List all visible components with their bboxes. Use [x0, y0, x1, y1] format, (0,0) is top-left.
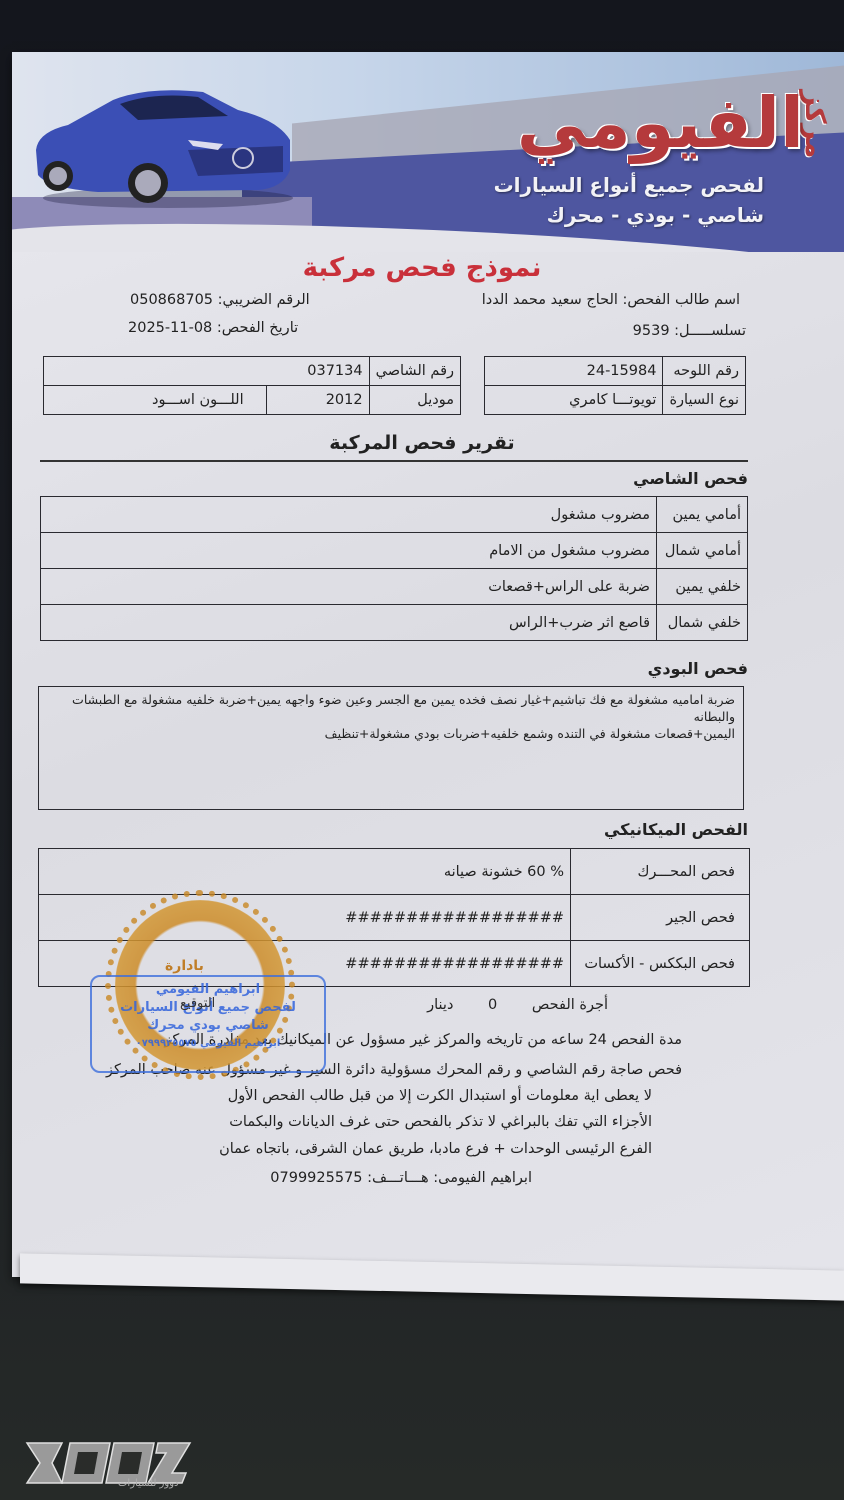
applicant-label: اسم طالب الفحص: — [623, 292, 740, 308]
contact-phone: ابراهيم الفيومى: هـــاتـــف: 0799925575 — [270, 1170, 532, 1186]
tagline-2: شاصي - بودي - محرك — [494, 200, 764, 230]
table-row: أمامي شمال مضروب مشغول من الامام — [41, 533, 748, 569]
table-row: أمامي يمين مضروب مشغول — [41, 497, 748, 533]
car-image-icon — [28, 80, 298, 210]
table-row: فحص المحـــرك % 60 خشونة صيانه — [39, 849, 750, 895]
mechanical-section-heading: الفحص الميكانيكي — [604, 820, 748, 839]
table-row: خلفي شمال قاصع اثر ضرب+الراس — [41, 605, 748, 641]
chassis-value: 037134 — [44, 357, 370, 386]
applicant-field: اسم طالب الفحص: الحاج سعيد محمد الددا — [482, 292, 740, 308]
body-inspection-notes: ضربة اماميه مشغولة مع فك تباشيم+غيار نصف… — [38, 686, 744, 810]
chassis-row-value: ضربة على الراس+قصعات — [41, 569, 657, 605]
blue-stamp: ابراهيم الفيومي لفحص جميع أنواع السيارات… — [90, 975, 326, 1073]
tax-number-field: الرقم الضريبي: 050868705 — [130, 292, 310, 308]
chassis-row-value: قاصع اثر ضرب+الراس — [41, 605, 657, 641]
gold-stamp-text: بادارة — [165, 958, 204, 974]
chassis-row-label: أمامي يمين — [657, 497, 748, 533]
chassis-row-label: أمامي شمال — [657, 533, 748, 569]
note-parts: الأجزاء التي تفك بالبراغي لا تذكر بالفحص… — [229, 1114, 652, 1130]
date-label: تاريخ الفحص: — [217, 320, 298, 336]
mech-row-label: فحص الجير — [571, 895, 750, 941]
chassis-section-heading: فحص الشاصي — [633, 469, 748, 488]
date-value: 08-11-2025 — [128, 320, 212, 336]
fee-field: أجرة الفحص 0 دينار — [427, 997, 608, 1013]
blue-stamp-line-4: ابراهيم الفيومي ٠٧٩٩٩٢٥٥٧٥ — [92, 1035, 324, 1053]
chassis-row-label: خلفي يمين — [657, 569, 748, 605]
tagline-1: لفحص جميع أنواع السيارات — [494, 170, 764, 200]
plate-value: 24-15984 — [485, 357, 663, 386]
table-row: خلفي يمين ضربة على الراس+قصعات — [41, 569, 748, 605]
color-field: اللـــون اســـود — [44, 386, 267, 415]
mech-row-value: % 60 خشونة صيانه — [39, 849, 571, 895]
chassis-row-value: مضروب مشغول — [41, 497, 657, 533]
body-section-heading: فحص البودي — [648, 659, 748, 678]
chassis-label: رقم الشاصي — [369, 357, 460, 386]
note-card: لا يعطى اية معلومات أو استبدال الكرت إلا… — [228, 1088, 652, 1104]
body-note-line-1: ضربة اماميه مشغولة مع فك تباشيم+غيار نصف… — [47, 691, 735, 725]
fee-value: 0 — [488, 997, 497, 1013]
blue-stamp-line-3: شاصي بودي محرك — [92, 1017, 324, 1035]
model-value: 2012 — [266, 386, 369, 415]
car-type-value: تويوتـــا كامري — [485, 386, 663, 415]
model-label: موديل — [369, 386, 460, 415]
mech-row-label: فحص البككس - الأكسات — [571, 941, 750, 987]
serial-field: تسلســـــل: 9539 — [633, 323, 746, 339]
brand-name: الفيومي — [517, 82, 804, 164]
divider — [40, 460, 748, 462]
applicant-value: الحاج سعيد محمد الددا — [482, 292, 618, 308]
serial-label: تسلســـــل: — [674, 323, 746, 339]
report-title: تقرير فحص المركبة — [0, 432, 844, 454]
vehicle-plate-table: رقم اللوحه 24-15984 نوع السيارة تويوتـــ… — [484, 356, 746, 415]
car-type-label: نوع السيارة — [663, 386, 746, 415]
tax-label: الرقم الضريبي: — [218, 292, 310, 308]
fee-label: أجرة الفحص — [532, 997, 608, 1013]
form-title: نموذج فحص مركبة — [0, 253, 844, 283]
signature-label: التوقيع — [180, 996, 215, 1011]
mech-row-label: فحص المحـــرك — [571, 849, 750, 895]
serial-value: 9539 — [633, 323, 670, 339]
mech-row-value: ################## — [39, 895, 571, 941]
vehicle-chassis-table: رقم الشاصي 037134 موديل 2012 اللـــون اس… — [43, 356, 461, 415]
chassis-row-label: خلفي شمال — [657, 605, 748, 641]
plate-label: رقم اللوحه — [663, 357, 746, 386]
tax-value: 050868705 — [130, 292, 213, 308]
chassis-inspection-table: أمامي يمين مضروب مشغول أمامي شمال مضروب … — [40, 496, 748, 641]
logo-subtitle: دووز للسيارات — [118, 1478, 178, 1489]
body-note-line-2: اليمين+قصعات مشغولة في التنده وشمع خلفيه… — [47, 725, 735, 742]
fee-currency: دينار — [427, 997, 453, 1013]
brand-tagline: لفحص جميع أنواع السيارات شاصي - بودي - م… — [494, 170, 764, 230]
chassis-row-value: مضروب مشغول من الامام — [41, 533, 657, 569]
note-branches: الفرع الرئيسى الوحدات + فرع مادبا، طريق … — [219, 1141, 652, 1157]
date-field: تاريخ الفحص: 08-11-2025 — [128, 320, 298, 336]
